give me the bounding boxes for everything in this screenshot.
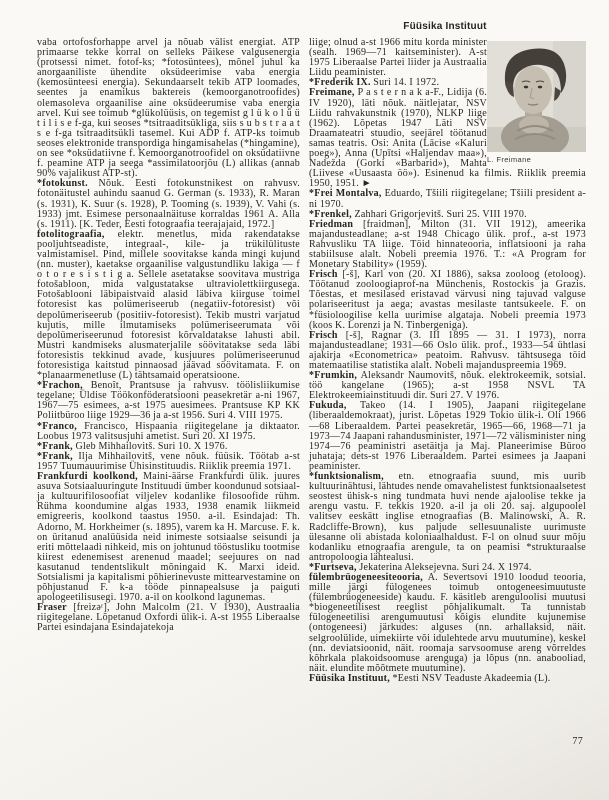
encyclopedia-entry: *Frumkin, Aleksandr Naumovitš, nõuk. ele… [309,371,586,401]
entry-text: elektr. menetlus, mida rakendatakse pool… [37,229,300,381]
encyclopedia-entry: fotolitograafia, elektr. menetlus, mida … [37,230,300,381]
entry-text: liige; olnud a-st 1966 mitu korda minist… [309,37,487,78]
entry-text: [-š], Karl von (20. XI 1886), saksa zool… [309,269,586,330]
portrait-figure: L. Freimane [487,41,586,164]
encyclopedia-entry: *Frachon, Benoît, Prantsuse ja rahvusv. … [37,381,300,421]
entry-text: Francisco, Hispaania riigitegelane ja di… [37,421,300,442]
entry-text: [freizəʳ], John Malcolm (21. V 1930), Au… [37,602,300,633]
encyclopedia-entry: *funktsionalism, etn. etnograafia suund,… [309,472,586,563]
encyclopedia-entry: *Frank, Ilja Mihhailovitš, vene nõuk. fü… [37,452,300,472]
running-head: Füüsika Instituut [306,21,584,32]
entry-text: etn. etnograafia suund, mis uurib kultuu… [309,471,586,563]
entry-text: vaba ortofosforhappe arvel ja nõuab väli… [37,37,300,179]
entry-text: A. Severtsovi 1910 loodud teooria, mille… [309,572,586,674]
encyclopedia-entry: Fukuda, Takeo (14. I 1905), Jaapani riig… [309,401,586,472]
encyclopedia-entry: *fotokunst. Nõuk. Eesti fotokunstnikest … [37,179,300,229]
portrait-photo-icon [487,41,586,152]
entry-text: Takeo (14. I 1905), Jaapani riigitegelan… [309,400,586,472]
encyclopedia-entry: Frisch [-š], Ragnar (3. III 1895 — 31. I… [309,331,586,371]
encyclopedia-page: Füüsika Instituut vaba ortofosforhappe a… [0,0,609,800]
right-column: L. Freimane liige; olnud a-st 1966 mitu … [309,38,586,684]
encyclopedia-entry: fülembrüogeneesiteooria, A. Severtsovi 1… [309,573,586,674]
encyclopedia-entry: Frisch [-š], Karl von (20. XI 1886), sak… [309,270,586,331]
entry-text: [-š], Ragnar (3. III 1895 — 31. I 1973),… [309,330,586,371]
entry-text: Maini-äärse Frankfurdi ülik. juures asuv… [37,471,300,603]
encyclopedia-entry: Friedman [fraidmən], Milton (31. VII 191… [309,220,586,270]
entry-headword: Füüsika Instituut, [309,673,390,684]
entry-text: Ilja Mihhailovitš, vene nõuk. füüsik. Tö… [37,451,300,472]
encyclopedia-entry: Fraser [freizəʳ], John Malcolm (21. V 19… [37,603,300,633]
entry-text: *Eesti NSV Teaduste Akadeemia (L). [390,673,551,684]
encyclopedia-entry: *Frei Montalva, Eduardo, Tšiili riigiteg… [309,189,586,209]
left-column: vaba ortofosforhappe arvel ja nõuab väli… [37,38,300,684]
encyclopedia-entry: vaba ortofosforhappe arvel ja nõuab väli… [37,38,300,179]
page-number: 77 [572,736,583,747]
two-column-text-block: vaba ortofosforhappe arvel ja nõuab väli… [37,38,586,684]
photo-caption: L. Freimane [487,155,586,164]
encyclopedia-entry: Füüsika Instituut, *Eesti NSV Teaduste A… [309,674,586,684]
encyclopedia-entry: Frankfurdi koolkond, Maini-äärse Frankfu… [37,472,300,603]
encyclopedia-entry: *Franco, Francisco, Hispaania riigitegel… [37,422,300,442]
